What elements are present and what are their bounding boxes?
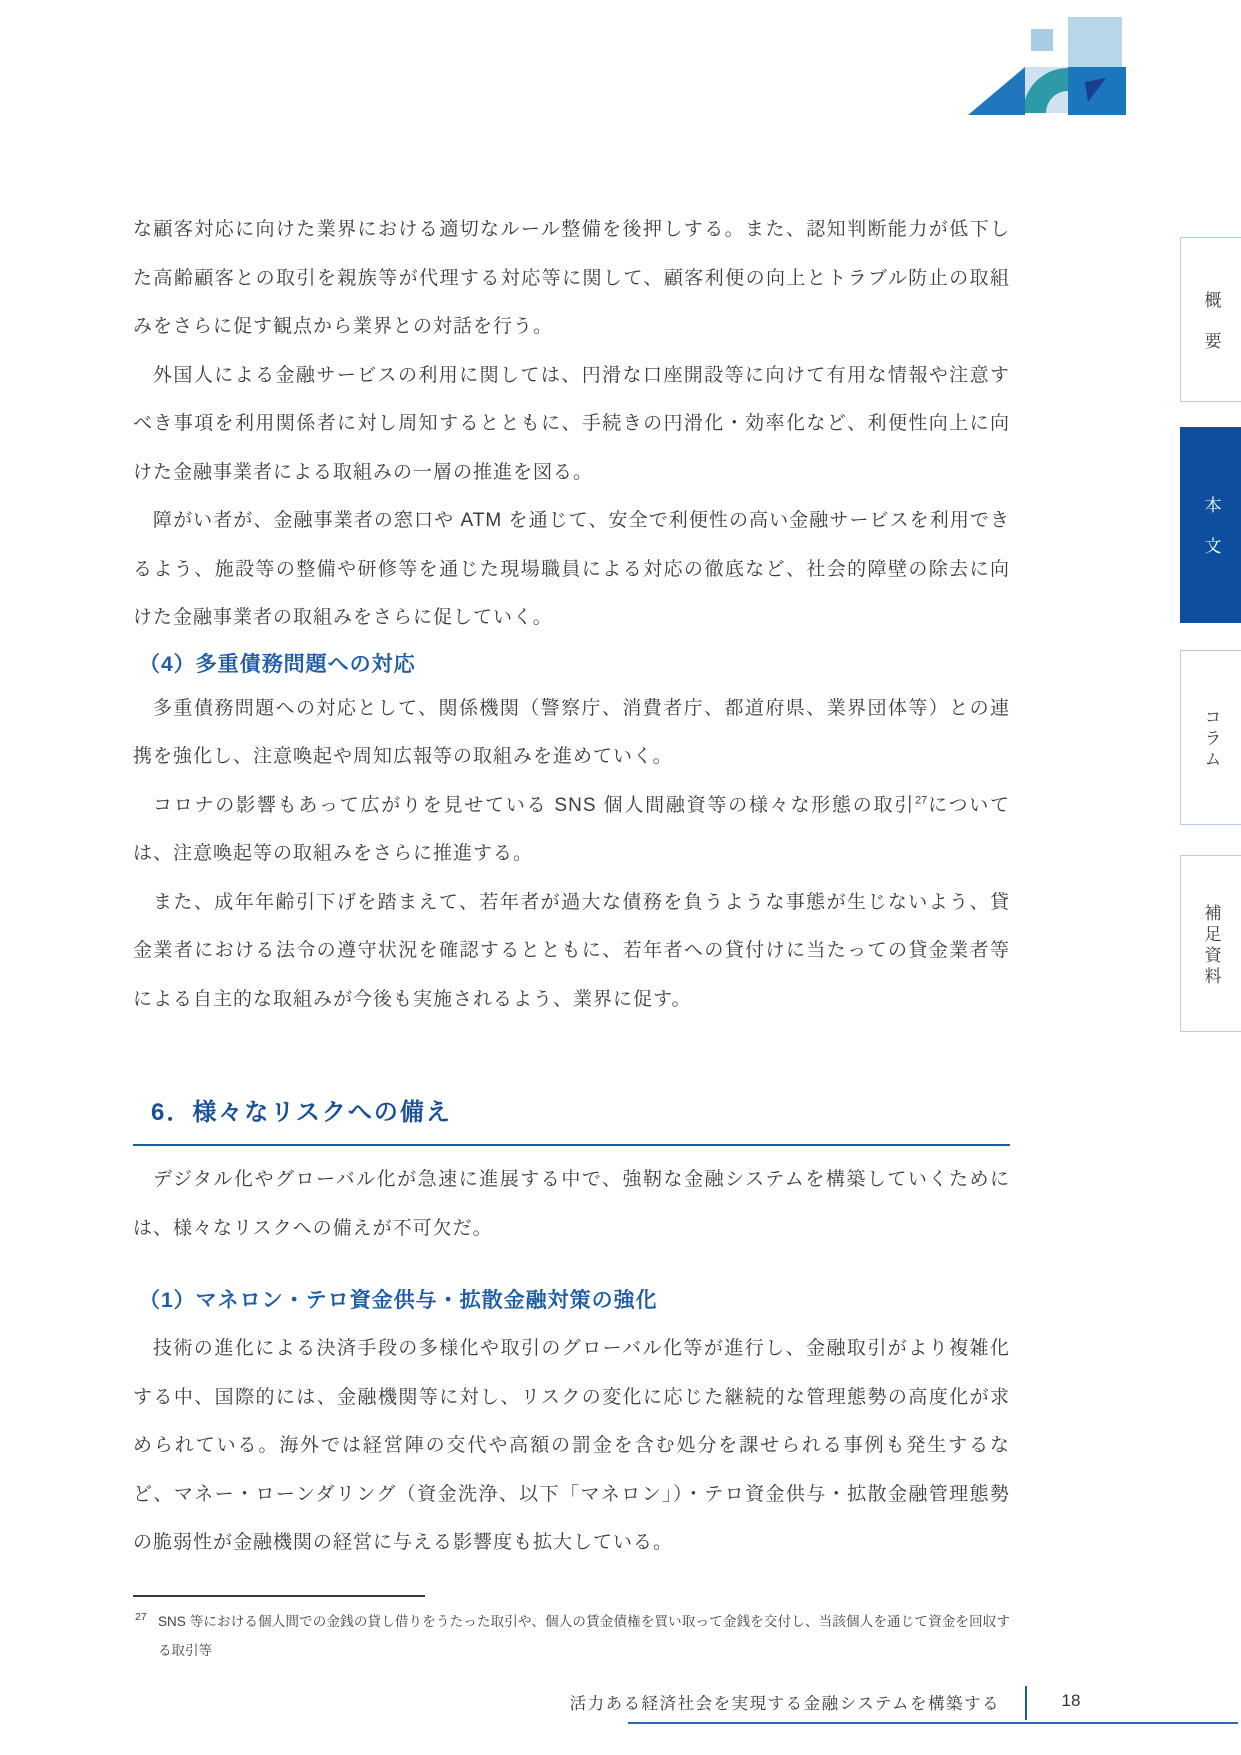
side-tab-main-text-label: 本文 (1199, 496, 1224, 578)
paragraph-sns-lending-text: コロナの影響もあって広がりを見せている SNS 個人間融資等の様々な形態の取引 (153, 795, 915, 816)
section-heading-risk-preparedness: 6．様々なリスクへの備え (133, 1096, 1010, 1146)
side-tab-column-label: コラム (1199, 708, 1224, 771)
side-tab-overview[interactable]: 概要 (1180, 237, 1241, 402)
heading-aml-cft: （1）マネロン・テロ資金供与・拡散金融対策の強化 (133, 1285, 1010, 1317)
footnote-separator (133, 1595, 425, 1597)
footnote-27-text: SNS 等における個人間での金銭の貸し借りをうたった取引や、個人の賃金債権を買い… (158, 1614, 1010, 1658)
paragraph-disabled-customers: 障がい者が、金融事業者の窓口や ATM を通じて、安全で利便性の高い金融サービス… (133, 497, 1010, 643)
paragraph-debt-response: 多重債務問題への対応として、関係機関（警察庁、消費者庁、都道府県、業界団体等）と… (133, 685, 1010, 782)
logo-blue-square (1068, 67, 1126, 115)
paragraph-continued: な顧客対応に向けた業界における適切なルール整備を後押しする。また、認知判断能力が… (133, 206, 1010, 352)
side-tab-overview-label: 概要 (1199, 291, 1224, 373)
page-number: 18 (1051, 1691, 1091, 1711)
logo-blue-triangle (968, 67, 1025, 115)
side-tab-main-text[interactable]: 本文 (1180, 427, 1241, 623)
side-tab-supplementary[interactable]: 補足資料 (1180, 855, 1241, 1032)
paragraph-foreign-customers: 外国人による金融サービスの利用に関しては、円滑な口座開設等に向けて有用な情報や注… (133, 352, 1010, 498)
footnote-27: 27 SNS 等における個人間での金銭の貸し借りをうたった取引や、個人の賃金債権… (133, 1607, 1010, 1665)
paragraph-sns-lending: コロナの影響もあって広がりを見せている SNS 個人間融資等の様々な形態の取引2… (133, 782, 1010, 879)
footer-divider (1025, 1686, 1027, 1720)
side-tab-column[interactable]: コラム (1180, 650, 1241, 825)
paragraph-risk-intro: デジタル化やグローバル化が急速に進展する中で、強靭な金融システムを構築していくた… (133, 1156, 1010, 1253)
heading-multiple-debt: （4）多重債務問題への対応 (133, 649, 1010, 681)
document-page: 概要 本文 コラム 補足資料 な顧客対応に向けた業界における適切なルール整備を後… (0, 0, 1241, 1755)
paragraph-adult-age: また、成年年齢引下げを踏まえて、若年者が過大な債務を負うような事態が生じないよう… (133, 879, 1010, 1025)
footnote-reference-27: 27 (915, 794, 927, 806)
logo-small-square (1031, 29, 1053, 51)
footnote-27-marker: 27 (135, 1603, 147, 1632)
page-footer: 活力ある経済社会を実現する金融システムを構築する 18 (0, 1684, 1241, 1734)
paragraph-aml-cft: 技術の進化による決済手段の多様化や取引のグローバル化等が進行し、金融取引がより複… (133, 1325, 1010, 1568)
footer-rule (628, 1722, 1238, 1724)
body-text-column: な顧客対応に向けた業界における適切なルール整備を後押しする。また、認知判断能力が… (133, 206, 1010, 1665)
side-tab-supplementary-label: 補足資料 (1199, 904, 1224, 988)
logo-large-pale-rect (1068, 17, 1122, 67)
brand-logo-icon (900, 12, 1135, 116)
footer-chapter-title: 活力ある経済社会を実現する金融システムを構築する (570, 1690, 1000, 1714)
